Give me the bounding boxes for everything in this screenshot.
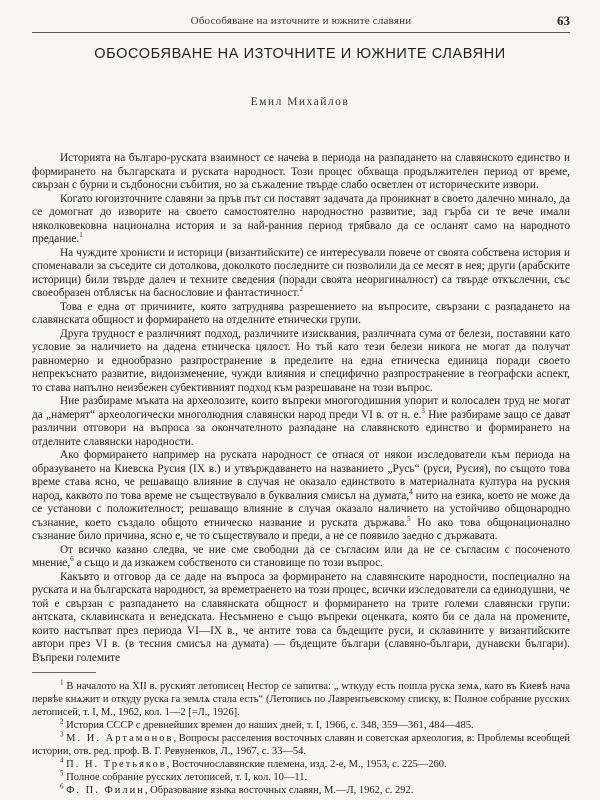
article-body: Историята на българо-руската взаимност с… [32,152,570,665]
footnote-author: Ф. П. Филин [66,785,145,796]
footnote-ref[interactable]: 1 [79,231,83,239]
footnote-author: М. И. Артамонов [66,733,173,744]
footnote: 3 М. И. Артамонов, Вопросы расселения во… [32,732,570,758]
paragraph: Ако формирането например на руската наро… [32,449,570,544]
article-author: Емил Михайлов [0,96,600,108]
paragraph: Историята на българо-руската взаимност с… [32,152,570,193]
article-title: ОБОСОБЯВАНЕ НА ИЗТОЧНИТЕ И ЮЖНИТЕ СЛАВЯН… [0,46,600,62]
footnote-author: П. Н. Третьяков [66,759,167,770]
paragraph: Ние разбираме мъката на археолозите, кои… [32,395,570,449]
paragraph: От всичко казано следва, че ние сме своб… [32,544,570,571]
footnote-ref[interactable]: 2 [299,285,303,293]
book-page: Обособяване на източните и южните славян… [0,0,600,800]
footnote: 2 История СССР с древнейших времен до на… [32,719,570,732]
footnote: 5 Полное собрание русских летописей, т. … [32,771,570,784]
page-number: 63 [557,13,570,29]
paragraph: На чуждите хронисти и историци (византий… [32,247,570,301]
paragraph: Какъвто и отговор да се даде на въпроса … [32,571,570,666]
running-header: Обособяване на източните и южните славян… [32,12,570,33]
footnote: 1 В началото на XII в. руският летописец… [32,680,570,719]
paragraph: Това е една от причините, която затрудня… [32,301,570,328]
running-title: Обособяване на източните и южните славян… [32,15,570,27]
footnotes: 1 В началото на XII в. руският летописец… [32,680,570,797]
paragraph: Когато югоизточните славяни за пръв път … [32,193,570,247]
footnote: 4 П. Н. Третьяков, Восточнославянские пл… [32,758,570,771]
footnote-divider [32,672,96,673]
footnote: 6 Ф. П. Филин, Образование языка восточн… [32,784,570,797]
paragraph: Друга трудност е различният подход, разл… [32,328,570,396]
